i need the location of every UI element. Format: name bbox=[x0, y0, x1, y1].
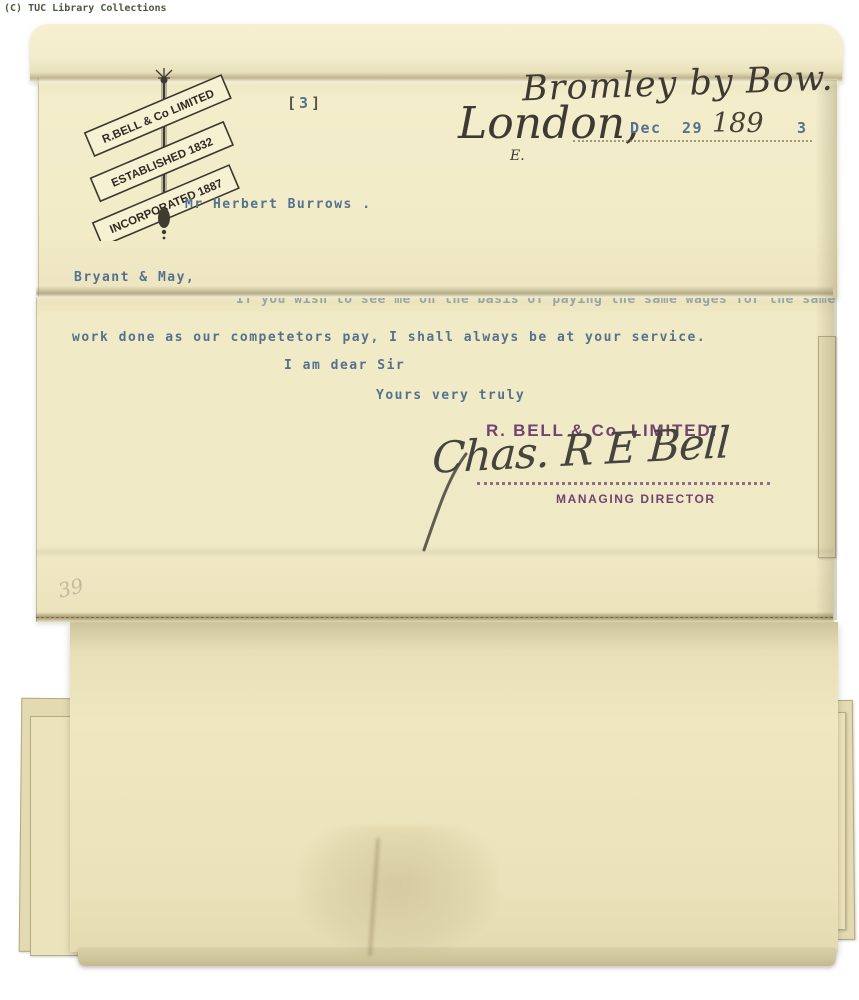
company-logo: R.BELL & Co LIMITED ESTABLISHED 1832 INC… bbox=[78, 66, 246, 241]
body-line-2-clipped: If you wish to see me on the basis of pa… bbox=[236, 298, 856, 310]
paper-bottom-fold bbox=[78, 948, 836, 966]
page-marker-number: 3 bbox=[299, 94, 311, 112]
logo-tassel-dot-2 bbox=[163, 237, 166, 240]
paper-folded-stack bbox=[70, 622, 838, 952]
paper-edge-right-3 bbox=[818, 336, 836, 558]
page-marker-close: ] bbox=[311, 94, 323, 112]
title-stamp: MANAGING DIRECTOR bbox=[556, 492, 716, 506]
date-month: Dec bbox=[630, 119, 662, 137]
body-line-2-text: If you wish to see me on the basis of pa… bbox=[236, 298, 856, 307]
logo-top-knob bbox=[161, 77, 168, 84]
recipient-line: Mr Herbert Burrows . bbox=[185, 197, 372, 212]
letterhead-district: E. bbox=[510, 148, 525, 164]
body-line-1: Bryant & May, bbox=[74, 270, 195, 285]
scanned-letter-photograph: (C) TUC Library Collections R.BELL & Co … bbox=[0, 0, 859, 1000]
page-marker-open: [ bbox=[287, 94, 299, 112]
date-year-printed: 189 bbox=[712, 108, 764, 139]
date-year-typed: 3 bbox=[797, 119, 808, 137]
page-marker: [3] bbox=[287, 94, 323, 112]
signature-flourish bbox=[414, 448, 484, 558]
archive-credit: (C) TUC Library Collections bbox=[4, 3, 167, 14]
logo-tassel-dot-1 bbox=[162, 230, 166, 234]
body-line-5: Yours very truly bbox=[376, 388, 525, 403]
body-line-4: I am dear Sir bbox=[284, 358, 405, 373]
body-line-3: work done as our competetors pay, I shal… bbox=[72, 330, 706, 345]
logo-tassel bbox=[158, 208, 170, 228]
date-day: 29 bbox=[682, 119, 703, 137]
